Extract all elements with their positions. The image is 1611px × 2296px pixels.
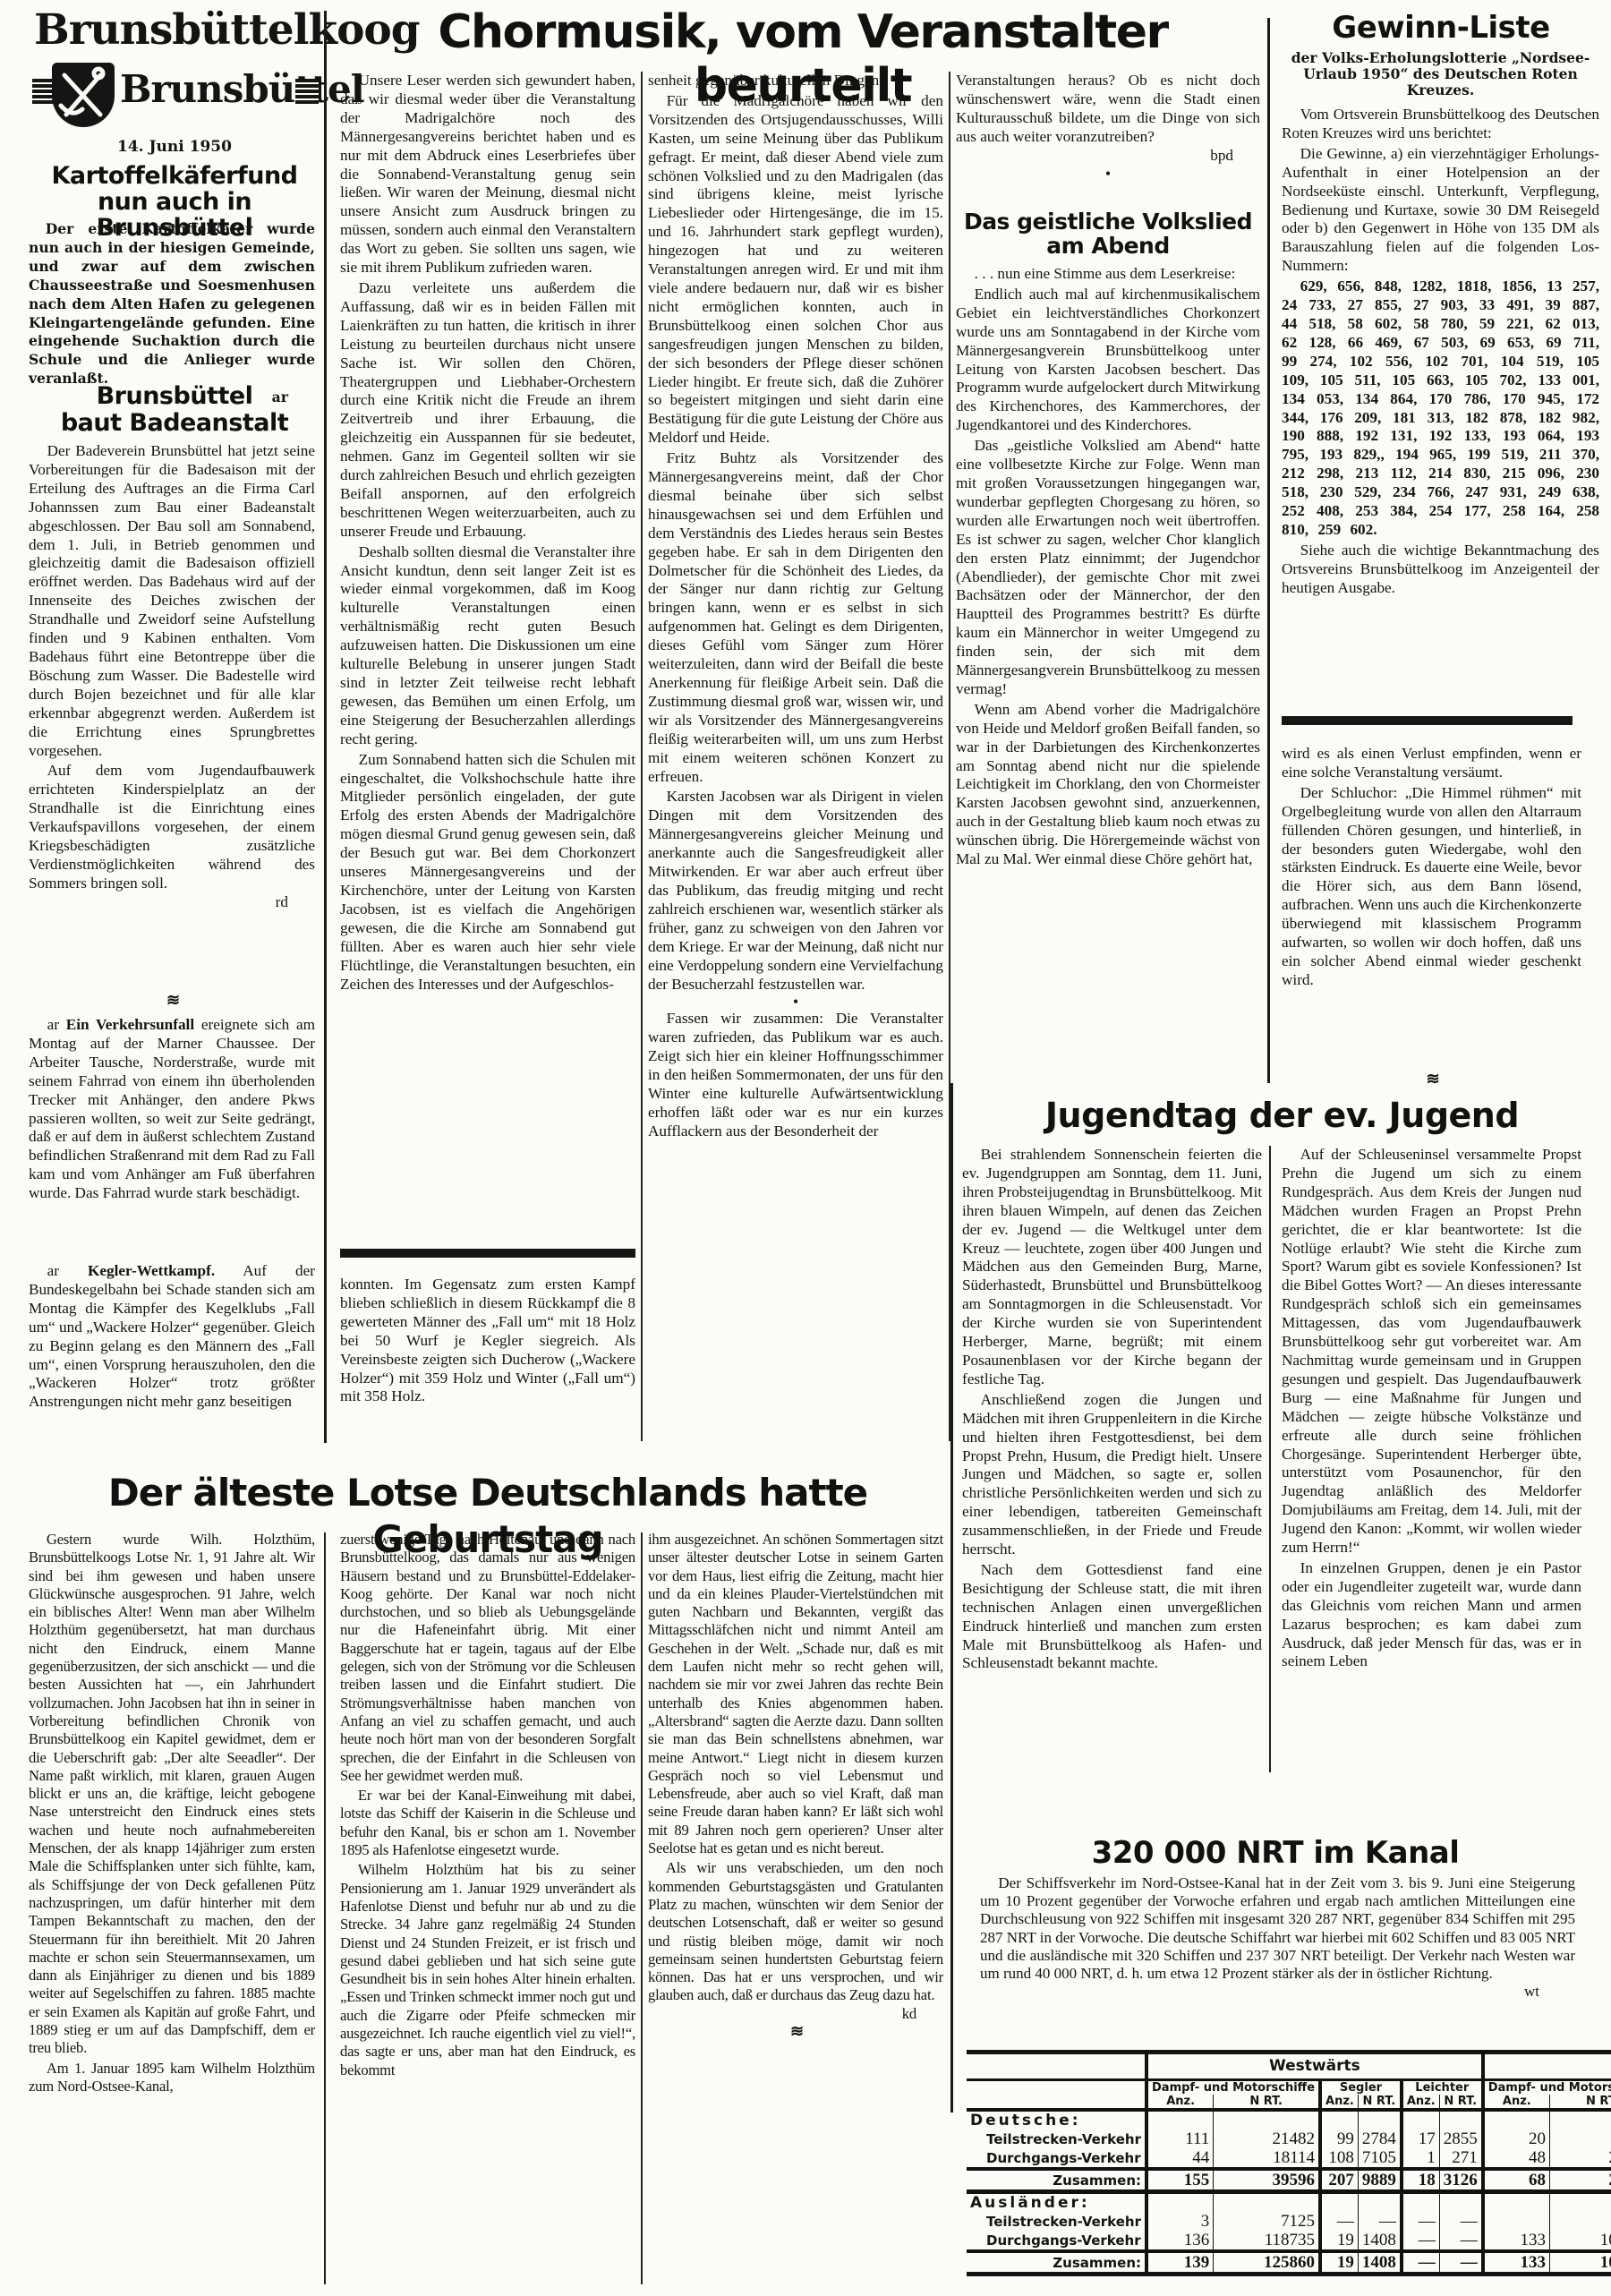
masthead: Brunsbüttelkoog Brunsbüttel [27,7,322,132]
kegler-continuation: konnten. Im Gegensatz zum ersten Kampf b… [340,1276,635,1406]
table-row: Teilstrecken-Verkehr37125————————— [967,2212,1611,2231]
chormusik-col-3: Veranstaltungen heraus? Ob es nicht doch… [956,72,1260,182]
header-ostwaerts: Ostwärts [1483,2053,1611,2080]
headline-kanal: 320 000 NRT im Kanal [962,1835,1589,1871]
article-kegler: ar Kegler-Wettkampf. Auf der Bundeskegel… [29,1262,315,1412]
wave-separator: ≋ [1282,1071,1581,1087]
table-row: Durchgangs-Verkehr136118735191408——13310… [967,2231,1611,2251]
chormusik-col-1: Unsere Leser werden sich gewundert haben… [340,72,635,994]
black-bar-separator [340,1249,635,1258]
jugendtag-col-2: Auf der Schleuseninsel versammelte Props… [1282,1146,1581,1671]
column-rule [641,1532,643,2284]
kegler-lead: Kegler-Wettkampf. [88,1262,215,1279]
article-verkehrsunfall: ar Ein Verkehrsunfall ereignete sich am … [29,1016,315,1203]
table-section-header: Deutsche: [967,2110,1611,2130]
table-group-header: Dampf- und Motorschiffe Segler Leichter … [967,2080,1611,2095]
header-westwaerts: Westwärts [1146,2053,1483,2080]
kanal-body: Der Schiffsverkehr im Nord-Ostsee-Kanal … [980,1874,1575,2001]
wave-separator: ≋ [648,2023,943,2039]
volkslied-body: . . . nun eine Stimme aus dem Leserkreis… [956,265,1260,869]
gewinnliste-subhead: der Volks-Erholungslotterie „Nordsee-Url… [1282,50,1599,98]
masthead-flag-right [295,79,319,104]
dot-separator: • [956,166,1260,182]
verkehrsunfall-lead: Ein Verkehrsunfall [66,1016,194,1033]
gewinnliste-body: Vom Ortsverein Brunsbüttelkoog des Deuts… [1282,106,1599,598]
volkslied-continuation: wird es als einen Verlust empfinden, wen… [1282,745,1581,990]
coat-of-arms-icon [52,63,115,127]
column-rule [324,1532,326,2284]
headline-volkslied: Das geistliche Volkslied am Abend [956,209,1260,258]
headline-gewinnliste: Gewinn-Liste [1280,11,1602,45]
table-row: Durchgangs-Verkehr4418114108710512714820… [967,2148,1611,2169]
table-sub-header: Anz.N RT. Anz.N RT. Anz.N RT. Anz.N RT. … [967,2095,1611,2110]
column-rule [950,1083,953,2112]
black-bar-separator [1282,716,1573,725]
lotse-col-1: Gestern wurde Wilh. Holzthüm, Brunsbütte… [29,1531,315,2095]
column-rule [1267,18,1270,1083]
table-body: Deutsche:Teilstrecken-Verkehr11121482992… [967,2110,1611,2275]
masthead-title-line2: Brunsbüttel [120,66,290,113]
wave-separator: ≋ [29,992,315,1008]
headline-badeanstalt: Brunsbüttel baut Badeanstalt [27,383,322,437]
dot-separator: • [648,994,943,1010]
article-badeanstalt-body: Der Badeverein Brunsbüttel hat jetzt sei… [29,442,315,912]
jugendtag-col-1: Bei strahlendem Sonnenschein feierten di… [962,1146,1262,1673]
lotse-col-2: zuerst wenige Tage nach Holtenau, und da… [340,1531,635,2079]
table-direction-header: Westwärts Ostwärts [967,2053,1611,2080]
column-rule [641,72,643,1441]
column-rule [324,11,327,1443]
lotse-col-3: ihm ausgezeichnet. An schönen Sommertage… [648,1531,943,2039]
table-section-header: Ausländer: [967,2192,1611,2213]
issue-date: 14. Juni 1950 [27,138,322,156]
chormusik-col-2: senheit gegenüber kulturellen Dingen. Fü… [648,72,943,1141]
table-total-row: Zusammen:1553959620798891831266822094149… [967,2169,1611,2192]
masthead-title-line1: Brunsbüttelkoog [34,7,320,54]
headline-jugendtag: Jugendtag der ev. Jugend [962,1096,1602,1135]
table-total-row: Zusammen:139125860191408——13310749127211… [967,2251,1611,2275]
table-row: Teilstrecken-Verkehr11121482992784172855… [967,2130,1611,2148]
lottery-numbers: 629, 656, 848, 1282, 1818, 1856, 13 257,… [1282,277,1599,540]
column-rule [1269,1146,1271,1772]
article-kartoffel-body: Der erste Kartoffelkäfer wurde nun auch … [29,220,315,407]
shipping-statistics-table: Westwärts Ostwärts Dampf- und Motorschif… [967,2050,1611,2276]
